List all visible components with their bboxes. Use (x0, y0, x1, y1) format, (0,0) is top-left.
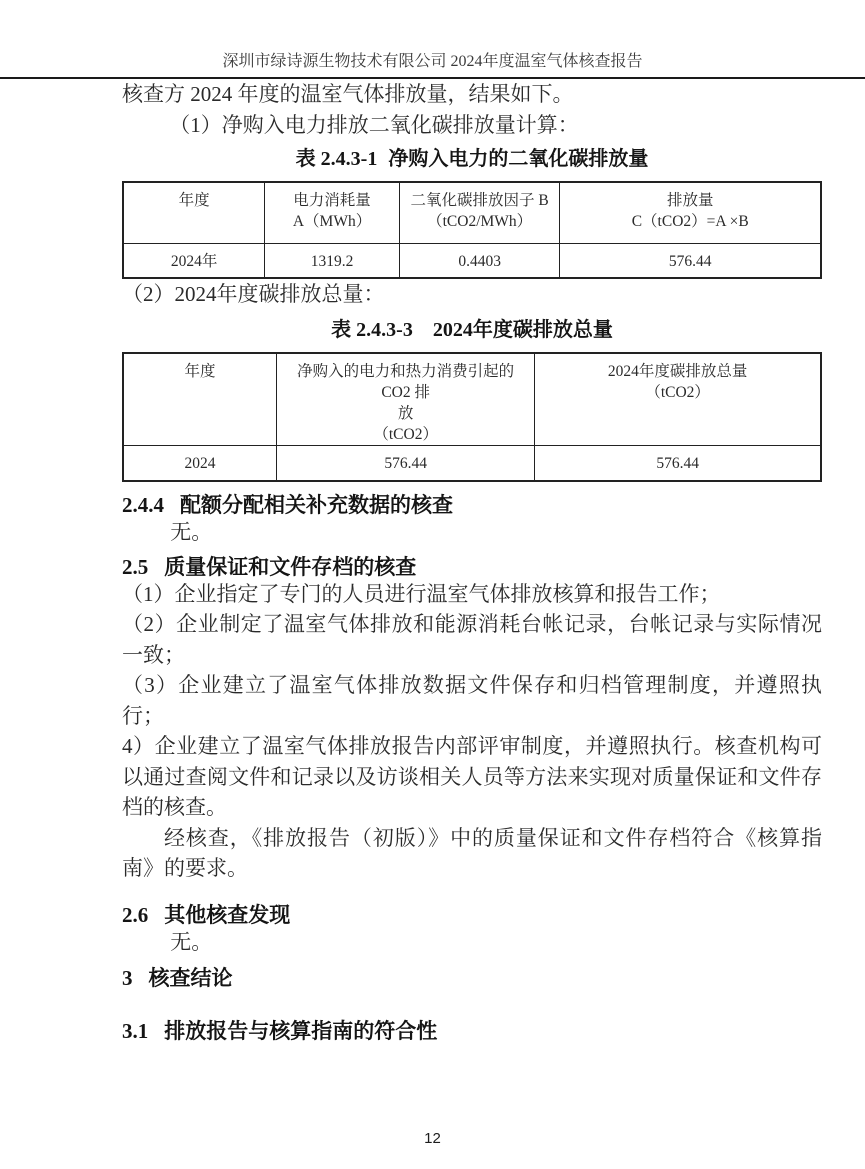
qa-paragraph-3: （3）企业建立了温室气体排放数据文件保存和归档管理制度，并遵照执行； (122, 670, 822, 731)
table2-cell-year: 2024 (123, 445, 277, 481)
table-total-emissions: 年度 净购入的电力和热力消费引起的 CO2 排 放 （tCO2） 2024年度碳… (122, 352, 822, 483)
section-31-title: 排放报告与核算指南的符合性 (164, 1019, 437, 1043)
running-header: 深圳市绿诗源生物技术有限公司 2024年度温室气体核查报告 (0, 0, 865, 79)
section-26-number: 2.6 (122, 903, 148, 927)
table2-header-total: 2024年度碳排放总量 （tCO2） (535, 353, 821, 446)
table2-caption: 表 2.4.3-32024年度碳排放总量 (122, 317, 822, 344)
item1-label: （1）净购入电力排放二氧化碳排放量计算： (122, 110, 822, 141)
qa-paragraph-4: 4）企业建立了温室气体排放报告内部评审制度，并遵照执行。核查机构可以通过查阅文件… (122, 731, 822, 823)
page-content: 核查方 2024 年度的温室气体排放量，结果如下。 （1）净购入电力排放二氧化碳… (122, 79, 822, 1043)
table2-header-purchased-co2: 净购入的电力和热力消费引起的 CO2 排 放 （tCO2） (277, 353, 535, 446)
table1-caption-title: 净购入电力的二氧化碳排放量 (388, 148, 648, 170)
section-244-number: 2.4.4 (122, 493, 164, 517)
table1-caption: 表 2.4.3-1净购入电力的二氧化碳排放量 (122, 146, 822, 173)
conclusion-paragraph: 经核查，《排放报告（初版）》中的质量保证和文件存档符合《核算指南》的要求。 (122, 823, 822, 884)
section-heading-31: 3.1排放报告与核算指南的符合性 (122, 1019, 822, 1043)
intro-paragraph: 核查方 2024 年度的温室气体排放量，结果如下。 (122, 79, 822, 110)
table1-data-row: 2024年 1319.2 0.4403 576.44 (123, 243, 821, 278)
table1-header-emission: 排放量 C（tCO2）=A ×B (560, 182, 821, 243)
table1-header-factor: 二氧化碳排放因子 B （tCO2/MWh） (399, 182, 560, 243)
section-3-title: 核查结论 (149, 966, 233, 990)
table2-cell-total: 576.44 (535, 445, 821, 481)
table1-cell-emission: 576.44 (560, 243, 821, 278)
table2-cell-purchased-co2: 576.44 (277, 445, 535, 481)
table2-header-year: 年度 (123, 353, 277, 446)
qa-paragraph-2: （2）企业制定了温室气体排放和能源消耗台帐记录，台帐记录与实际情况一致； (122, 609, 822, 670)
section-heading-25: 2.5质量保证和文件存档的核查 (122, 555, 822, 579)
item2-label: （2）2024年度碳排放总量： (122, 279, 822, 310)
section-244-title: 配额分配相关补充数据的核查 (180, 493, 453, 517)
table1-header-row: 年度 电力消耗量 A（MWh） 二氧化碳排放因子 B （tCO2/MWh） 排放… (123, 182, 821, 243)
table1-cell-factor: 0.4403 (399, 243, 560, 278)
table2-data-row: 2024 576.44 576.44 (123, 445, 821, 481)
section-3-number: 3 (122, 966, 133, 990)
qa-paragraph-1: （1）企业指定了专门的人员进行温室气体排放核算和报告工作； (122, 579, 822, 610)
document-page: 深圳市绿诗源生物技术有限公司 2024年度温室气体核查报告 核查方 2024 年… (0, 0, 865, 1169)
section-25-number: 2.5 (122, 555, 148, 579)
table1-header-year: 年度 (123, 182, 265, 243)
page-number: 12 (0, 1130, 865, 1147)
table2-caption-label: 表 2.4.3-3 (331, 319, 413, 341)
table1-header-consumption: 电力消耗量 A（MWh） (265, 182, 400, 243)
section-heading-244: 2.4.4配额分配相关补充数据的核查 (122, 493, 822, 517)
section-heading-26: 2.6其他核查发现 (122, 903, 822, 927)
section-25-title: 质量保证和文件存档的核查 (164, 555, 416, 579)
table2-header-row: 年度 净购入的电力和热力消费引起的 CO2 排 放 （tCO2） 2024年度碳… (123, 353, 821, 446)
section-heading-3: 3核查结论 (122, 966, 822, 990)
section-31-number: 3.1 (122, 1019, 148, 1043)
table-electricity-co2: 年度 电力消耗量 A（MWh） 二氧化碳排放因子 B （tCO2/MWh） 排放… (122, 181, 822, 279)
table1-cell-year: 2024年 (123, 243, 265, 278)
table2-caption-title: 2024年度碳排放总量 (433, 319, 613, 341)
running-header-title: 深圳市绿诗源生物技术有限公司 2024年度温室气体核查报告 (222, 53, 642, 70)
section-26-title: 其他核查发现 (164, 903, 290, 927)
table1-caption-label: 表 2.4.3-1 (296, 148, 378, 170)
none-text-1: 无。 (122, 517, 822, 548)
none-text-2: 无。 (122, 927, 822, 958)
table1-cell-consumption: 1319.2 (265, 243, 400, 278)
